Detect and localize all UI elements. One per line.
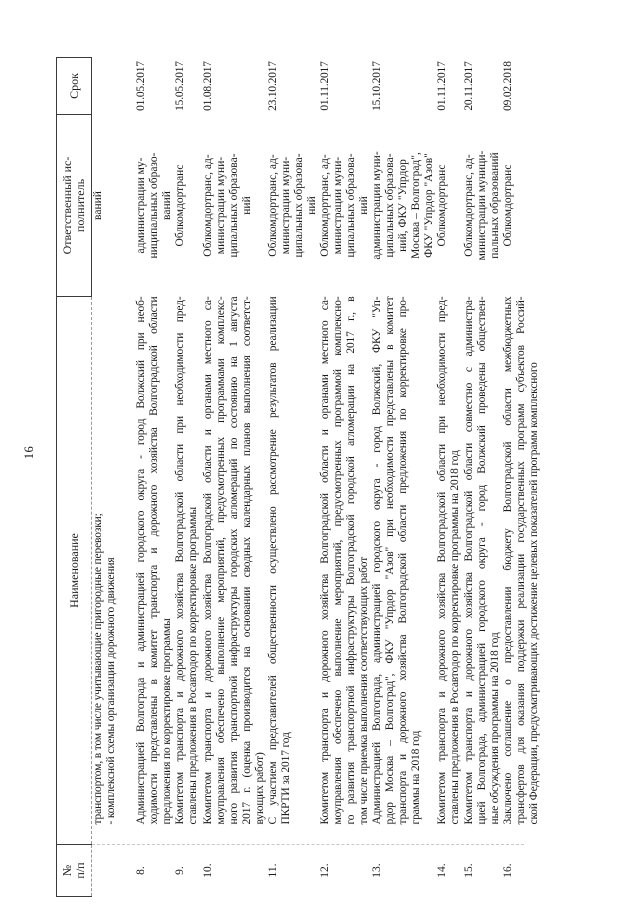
text-line: Комитетом транспорта и дорожного хозяйст… [463, 297, 476, 825]
responsible-executor-cell: ваний [92, 115, 136, 297]
task-name-cell: Комитетом транспорта и дорожного хозяйст… [174, 297, 202, 845]
task-name-cell: Комитетом транспорта и дорожного хозяйст… [319, 297, 371, 845]
task-name-cell: Комитетом транспорта и дорожного хозяйст… [436, 297, 463, 845]
text-line: транспортом, в том числе учитывающие при… [92, 297, 105, 825]
row-number-cell: 13. [371, 845, 436, 897]
text-line: граммы на 2018 год [410, 297, 423, 825]
rotated-canvas: 16 №п/пНаименованиеОтветственный ис-полн… [0, 0, 640, 905]
task-name-cell: Комитетом транспорта и дорожного хозяйст… [463, 297, 502, 845]
task-name-cell: Заключено соглашение о предоставлении бю… [502, 297, 541, 845]
due-date-cell: 01.08.2017 [202, 58, 267, 115]
responsible-executor-cell: Облкомдортранс, ад-министрации муни-ципа… [319, 115, 371, 297]
text-line: трансфертов для оказания поддержки реали… [515, 297, 528, 825]
task-name-cell: Администрацией Волгограда и администраци… [135, 297, 174, 845]
table-row: транспортом, в том числе учитывающие при… [92, 58, 136, 897]
row-number-cell: 15. [463, 845, 502, 897]
col-header-responsible: Ответственный ис-полнитель [57, 115, 92, 297]
table-row: 12.Комитетом транспорта и дорожного хозя… [319, 58, 371, 897]
due-date-cell: 15.05.2017 [174, 58, 202, 115]
text-line: ставлены предложения в Росавтодор по кор… [449, 297, 462, 825]
task-name-cell: Администрацией Волгограда, администрацие… [371, 297, 436, 845]
col-header-due: Срок [57, 58, 92, 115]
text-line: ного развития транспортной инфраструктур… [228, 297, 241, 825]
table-row: 14.Комитетом транспорта и дорожного хозя… [436, 58, 463, 897]
text-line: моуправления обеспечено выполнение мероп… [332, 297, 345, 825]
text-line: С участием представителей общественности… [267, 297, 280, 825]
table-row: 15.Комитетом транспорта и дорожного хозя… [463, 58, 502, 897]
due-date-cell: 15.10.2017 [371, 58, 436, 115]
due-date-cell: 23.10.2017 [267, 58, 319, 115]
task-name-cell: С участием представителей общественности… [267, 297, 319, 845]
text-line: моуправления обеспечено выполнение мероп… [215, 297, 228, 825]
table-body: транспортом, в том числе учитывающие при… [92, 58, 542, 897]
col-header-num: №п/п [57, 845, 92, 897]
text-line: ской Федерации, предусматривающих достиж… [528, 297, 541, 825]
text-line: цией Волгограда, администрацией городско… [476, 297, 489, 825]
header-row: №п/пНаименованиеОтветственный ис-полните… [57, 58, 92, 897]
text-line: го развития транспортной инфраструктуры … [345, 297, 358, 825]
due-date-cell: 01.11.2017 [319, 58, 371, 115]
col-header-name: Наименование [57, 297, 92, 845]
text-line: том числе приемка выполнения соответству… [358, 297, 371, 825]
table-row: 16.Заключено соглашение о предоставлении… [502, 58, 541, 897]
due-date-cell: 01.05.2017 [135, 58, 174, 115]
table-row: 13.Администрацией Волгограда, администра… [371, 58, 436, 897]
row-number-cell: 12. [319, 845, 371, 897]
row-number-cell: 11. [267, 845, 319, 897]
responsible-executor-cell: Облкомдортранс, ад-министрации муници-па… [463, 115, 502, 297]
due-date-cell: 20.11.2017 [463, 58, 502, 115]
due-date-cell: 01.11.2017 [436, 58, 463, 115]
responsible-executor-cell: Облкомдортранс [502, 115, 541, 297]
row-number-cell: 9. [174, 845, 202, 897]
responsible-executor-cell: Облкомдортранс [436, 115, 463, 297]
row-number-cell: 14. [436, 845, 463, 897]
text-line: Комитетом транспорта и дорожного хозяйст… [319, 297, 332, 825]
page-number: 16 [22, 0, 37, 905]
text-line: Комитетом транспорта и дорожного хозяйст… [436, 297, 449, 825]
text-line: вующих работ) [254, 297, 267, 825]
text-line: Комитетом транспорта и дорожного хозяйст… [174, 297, 187, 825]
task-name-cell: транспортом, в том числе учитывающие при… [92, 297, 136, 845]
text-line: предложения по корректировке программы [161, 297, 174, 825]
text-line: - комплексной схемы организации дорожног… [105, 297, 118, 825]
text-line: Администрацией Волгограда и администраци… [135, 297, 148, 825]
row-number-cell [92, 845, 136, 897]
text-line: 2017 г. (оценка производится на основани… [241, 297, 254, 825]
table-row: 10.Комитетом транспорта и дорожного хозя… [202, 58, 267, 897]
document-page: 16 №п/пНаименованиеОтветственный ис-полн… [0, 0, 640, 905]
table-row: 11.С участием представителей общественно… [267, 58, 319, 897]
row-number-cell: 10. [202, 845, 267, 897]
activity-plan-table: №п/пНаименованиеОтветственный ис-полните… [56, 57, 541, 897]
text-line: транспорта и дорожного хозяйства Волгогр… [397, 297, 410, 825]
responsible-executor-cell: Облкомдортранс, ад-министрации муни-ципа… [202, 115, 267, 297]
task-name-cell: Комитетом транспорта и дорожного хозяйст… [202, 297, 267, 845]
text-line: ные обсуждения программы на 2018 год [489, 297, 502, 825]
text-line: ходимости представлены в комитет транспо… [148, 297, 161, 825]
row-number-cell: 8. [135, 845, 174, 897]
text-line: ставлены предложения в Росавтодор по кор… [187, 297, 200, 825]
text-line: Администрацией Волгограда, администрацие… [371, 297, 384, 825]
table-row: 9.Комитетом транспорта и дорожного хозяй… [174, 58, 202, 897]
text-line: рдор Москва – Волгоград", ФКУ "Упрдор "А… [384, 297, 397, 825]
responsible-executor-cell: Облкомдортранс, ад-министрации муни-ципа… [267, 115, 319, 297]
responsible-executor-cell: администрации муни-ципальных образова-ни… [371, 115, 436, 297]
text-line: Заключено соглашение о предоставлении бю… [502, 297, 515, 825]
row-number-cell: 16. [502, 845, 541, 897]
table-row: 8.Администрацией Волгограда и администра… [135, 58, 174, 897]
responsible-executor-cell: Облкомдортранс [174, 115, 202, 297]
text-line: ПКРТИ за 2017 год [280, 297, 293, 825]
text-line: Комитетом транспорта и дорожного хозяйст… [202, 297, 215, 825]
responsible-executor-cell: администрации му-ниципальных образо-вани… [135, 115, 174, 297]
due-date-cell: 09.02.2018 [502, 58, 541, 115]
due-date-cell [92, 58, 136, 115]
